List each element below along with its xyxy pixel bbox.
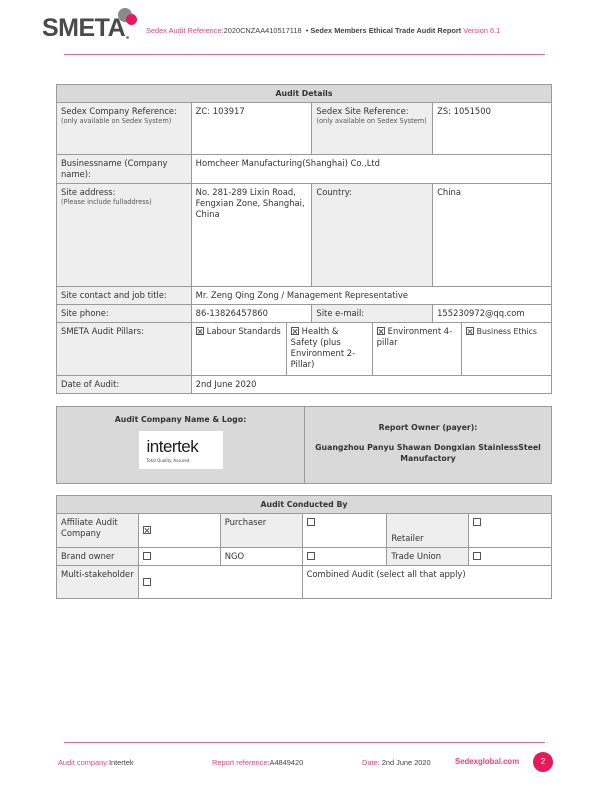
site-phone-label: Site phone: [57,305,192,323]
site-ref-label: Sedex Site Reference: [316,106,408,116]
smeta-logo: SMETA [42,8,142,44]
sedex-site-link[interactable]: Sedexglobal.com [455,757,519,766]
site-contact-value: Mr. Zeng Qing Zong / Management Represen… [191,287,551,305]
page-number-badge: 2 [533,752,553,772]
site-ref-value: ZS: 1051500 [433,103,552,155]
audit-pillars-label: SMETA Audit Pillars: [57,323,192,376]
footer-report-ref-value: A4849420 [270,758,304,767]
date-of-audit-value: 2nd June 2020 [191,376,551,394]
ngo-checkbox-cell[interactable] [302,548,387,566]
brand-owner-checkbox-cell[interactable] [138,548,220,566]
affiliate-checkbox-icon[interactable] [143,526,151,534]
pillar-business-ethics-label: Business Ethics [477,327,537,336]
pillar-health-safety-checkbox-icon[interactable] [291,327,299,335]
retailer-label: Retailer [387,514,469,548]
brand-owner-checkbox-icon[interactable] [143,552,151,560]
footer-audit-company-label: Audit company: [58,758,109,767]
audit-company-label: Audit Company Name & Logo: [57,415,304,424]
report-version: Version 6.1 [463,26,500,35]
pillar-labour[interactable]: Labour Standards [192,323,287,375]
pillar-environment[interactable]: Environment 4-pillar [372,323,461,375]
audit-company-section: Audit Company Name & Logo: intertek Tota… [57,407,305,483]
footer-audit-company-value: Intertek [109,758,134,767]
trade-union-label: Trade Union [387,548,469,566]
business-name-label: Businessname (Company name): [57,155,192,184]
footer-report-reference: Report reference:A4849420 [212,758,303,767]
affiliate-checkbox-cell[interactable] [138,514,220,548]
page-header: SMETA Sedex Audit Reference:2020CNZAA410… [0,0,612,60]
ngo-label: NGO [220,548,302,566]
brand-owner-label: Brand owner [57,548,139,566]
purchaser-checkbox-icon[interactable] [307,518,315,526]
pillar-business-ethics-checkbox-icon[interactable] [466,327,474,335]
intertek-logo: intertek Total Quality. Assured. [139,431,223,469]
multi-stakeholder-checkbox-icon[interactable] [143,578,151,586]
intertek-logo-tagline: Total Quality. Assured. [147,458,191,463]
pillars-grid: Labour Standards Health & Safety (plus E… [192,323,551,375]
company-ref-label-cell: Sedex Company Reference: (only available… [57,103,192,155]
footer-date: Date: 2nd June 2020 [362,758,431,767]
footer-date-label: Date: [362,758,380,767]
site-phone-value: 86-13826457860 [191,305,312,323]
pillar-labour-checkbox-icon[interactable] [196,327,204,335]
footer-divider [64,742,545,743]
date-of-audit-label: Date of Audit: [57,376,192,394]
company-ref-note: (only available on Sedex System) [61,117,187,126]
audit-pillars-cell: Labour Standards Health & Safety (plus E… [191,323,551,376]
report-title: Sedex Members Ethical Trade Audit Report [310,26,461,35]
site-ref-label-cell: Sedex Site Reference: (only available on… [312,103,433,155]
site-email-value: 155230972@qq.com [433,305,552,323]
footer-report-ref-label: Report reference: [212,758,270,767]
logo-small-dot-icon [126,36,129,39]
purchaser-checkbox-cell[interactable] [302,514,387,548]
country-value: China [433,184,552,287]
ngo-checkbox-icon[interactable] [307,552,315,560]
site-email-label: Site e-mail: [312,305,433,323]
report-owner-label: Report Owner (payer): [305,423,551,432]
country-label: Country: [312,184,433,287]
footer-date-value: 2nd June 2020 [382,758,431,767]
audit-conducted-by-title: Audit Conducted By [57,496,552,514]
pillar-environment-label: Environment 4-pillar [377,326,453,347]
header-divider [64,54,545,55]
audit-details-title: Audit Details [57,85,552,103]
header-bullet: • [306,26,309,35]
pillar-health-safety[interactable]: Health & Safety (plus Environment 2-Pill… [286,323,372,375]
company-ref-label: Sedex Company Reference: [61,106,177,116]
audit-company-owner-box: Audit Company Name & Logo: intertek Tota… [56,406,552,484]
pillar-business-ethics[interactable]: Business Ethics [461,323,551,375]
audit-details-table: Audit Details Sedex Company Reference: (… [56,84,552,394]
company-ref-value: ZC: 103917 [191,103,312,155]
site-address-label: Site address: [61,187,115,197]
report-owner-value: Guangzhou Panyu Shawan Dongxian Stainles… [305,442,551,464]
multi-stakeholder-label: Multi-stakeholder [57,566,139,599]
intertek-logo-text: intertek [147,437,199,457]
affiliate-label: Affiliate Audit Company [57,514,139,548]
multi-stakeholder-checkbox-cell[interactable] [138,566,302,599]
logo-pink-dot-icon [126,14,137,25]
footer-audit-company: Audit company:Intertek [58,758,134,767]
retailer-checkbox-cell[interactable] [469,514,552,548]
site-contact-label: Site contact and job title: [57,287,192,305]
purchaser-label: Purchaser [220,514,302,548]
header-reference-line: Sedex Audit Reference:2020CNZAA410517118… [146,26,500,35]
trade-union-checkbox-cell[interactable] [469,548,552,566]
site-address-value: No. 281-289 Lixin Road, Fengxian Zone, S… [191,184,312,287]
site-address-label-cell: Site address: (Please include fulladdres… [57,184,192,287]
site-ref-note: (only available on Sedex System) [316,117,428,126]
report-owner-section: Report Owner (payer): Guangzhou Panyu Sh… [305,407,551,483]
business-name-value: Homcheer Manufacturing(Shanghai) Co.,Ltd [191,155,551,184]
pillar-labour-label: Labour Standards [207,326,281,336]
site-address-note: (Please include fulladdress) [61,198,187,207]
combined-audit-label: Combined Audit (select all that apply) [302,566,551,599]
audit-ref-value: 2020CNZAA410517118 [224,26,302,35]
pillar-environment-checkbox-icon[interactable] [377,327,385,335]
pillar-health-safety-label: Health & Safety (plus Environment 2-Pill… [291,326,356,369]
audit-conducted-by-table: Audit Conducted By Affiliate Audit Compa… [56,495,552,599]
trade-union-checkbox-icon[interactable] [473,552,481,560]
logo-text: SMETA [42,14,125,43]
audit-ref-label: Sedex Audit Reference: [146,26,224,35]
retailer-checkbox-icon[interactable] [473,518,481,526]
